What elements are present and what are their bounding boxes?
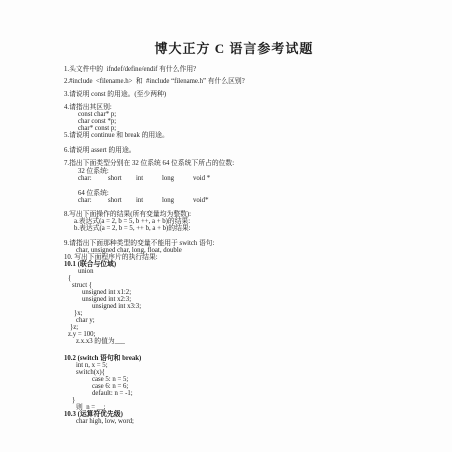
document-line: char:shortintlongvoid*	[78, 197, 426, 204]
type-size-cell: void*	[193, 197, 208, 204]
document-line: char* const p;	[78, 125, 426, 132]
document-line: unsigned int x2:3;	[82, 296, 426, 303]
document-line: char y;	[76, 317, 426, 324]
document-line: int n, x = 5;	[76, 362, 426, 369]
document-line: switch(x){	[76, 369, 426, 376]
document-line: 6.请说明 assert 的用途。	[64, 147, 426, 154]
document-line: 3.请说明 const 的用途。(至少两种)	[64, 91, 426, 98]
document-line: case 5: n = 5;	[92, 376, 426, 383]
type-size-cell: char:	[78, 175, 108, 182]
document-line: 7.指出下面类型分别在 32 位系统 64 位系统下所占的位数:	[64, 160, 426, 167]
type-size-cell: long	[162, 175, 193, 182]
document-line: 则 n = __;	[76, 404, 426, 411]
document-line: 32 位系统:	[78, 168, 426, 175]
page-title: 博大正方 C 语言参考试题	[42, 38, 426, 57]
section-heading: 10.3 (运算符优先级)	[64, 411, 426, 418]
document-line: 5.请说明 continue 和 break 的用途。	[64, 132, 426, 139]
document-line: char:shortintlongvoid *	[78, 175, 426, 182]
document-line: {	[68, 275, 426, 282]
document-line: char high, low, word;	[76, 418, 426, 425]
section-heading: 10.2 (switch 语句和 break)	[64, 355, 426, 362]
type-size-cell: long	[162, 197, 193, 204]
document-line: unsigned int x1:2;	[82, 289, 426, 296]
document-line: 8.写出下面操作的结果(所有变量均为整数):	[64, 211, 426, 218]
document-line: }z;	[70, 324, 426, 331]
document-line: default: n = -1;	[92, 390, 426, 397]
type-size-cell: void *	[193, 175, 210, 182]
document-line: char, unsigned char, long, float, double	[76, 247, 426, 254]
document-line: 2.#include <filename.h> 和 #include “file…	[64, 78, 426, 85]
document-line: const char* p;	[78, 111, 426, 118]
document-page: 博大正方 C 语言参考试题 1.头文件中的 ifndef/define/endi…	[0, 0, 452, 452]
document-line: 64 位系统:	[78, 190, 426, 197]
document-line: z.x.x3 的值为___	[76, 338, 426, 345]
type-size-cell: int	[136, 197, 162, 204]
document-line: }	[72, 397, 426, 404]
document-line: a.表达式(a = 2, b = 5, b ++, a + b)的结果:	[74, 218, 426, 225]
document-line: 9.请指出下面那种类型的变量不能用于 switch 语句:	[64, 240, 426, 247]
document-line: case 6: n = 6;	[92, 383, 426, 390]
type-size-cell: int	[136, 175, 162, 182]
document-line: struct {	[72, 282, 426, 289]
document-line: 4.请指出其区别:	[64, 104, 426, 111]
type-size-cell: short	[108, 197, 136, 204]
document-lines: 1.头文件中的 ifndef/define/endif 有什么作用?2.#inc…	[64, 66, 426, 425]
section-heading: 10.1 (联合与位域)	[64, 261, 426, 268]
document-line: b.表达式(a = 2, b = 5, ++ b, a + b)的结果:	[74, 225, 426, 232]
type-size-cell: short	[108, 175, 136, 182]
document-line: z.y = 100;	[68, 331, 426, 338]
document-line: 10. 写出下面程序片的执行结果:	[64, 254, 426, 261]
document-line: }x;	[74, 310, 426, 317]
document-line: union	[78, 268, 426, 275]
document-line: 1.头文件中的 ifndef/define/endif 有什么作用?	[64, 66, 426, 73]
document-line: char const *p;	[78, 118, 426, 125]
type-size-cell: char:	[78, 197, 108, 204]
document-line: unsigned int x3:3;	[92, 303, 426, 310]
